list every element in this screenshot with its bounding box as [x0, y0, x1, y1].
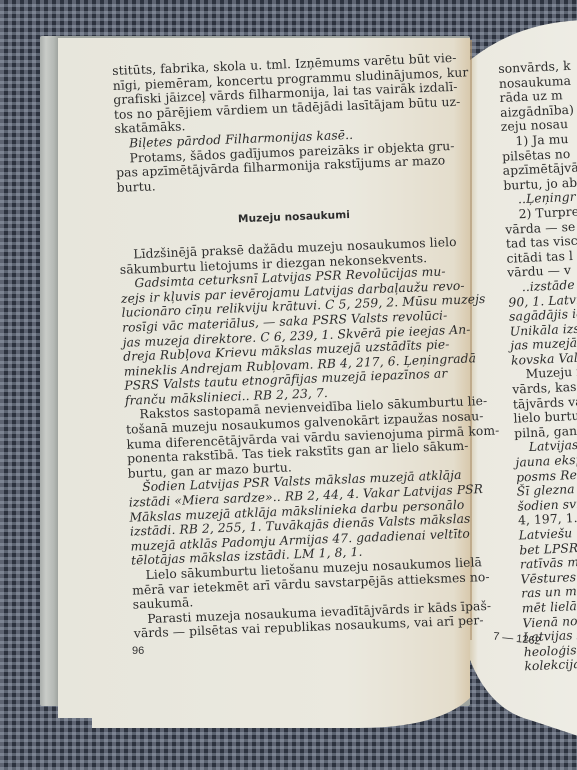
- section-heading: Muzeju nosaukumi: [118, 204, 470, 232]
- page-number-left: 96: [132, 645, 144, 657]
- left-page-text: stitūts, fabrika, skola u. tml. Izņēmums…: [112, 50, 486, 641]
